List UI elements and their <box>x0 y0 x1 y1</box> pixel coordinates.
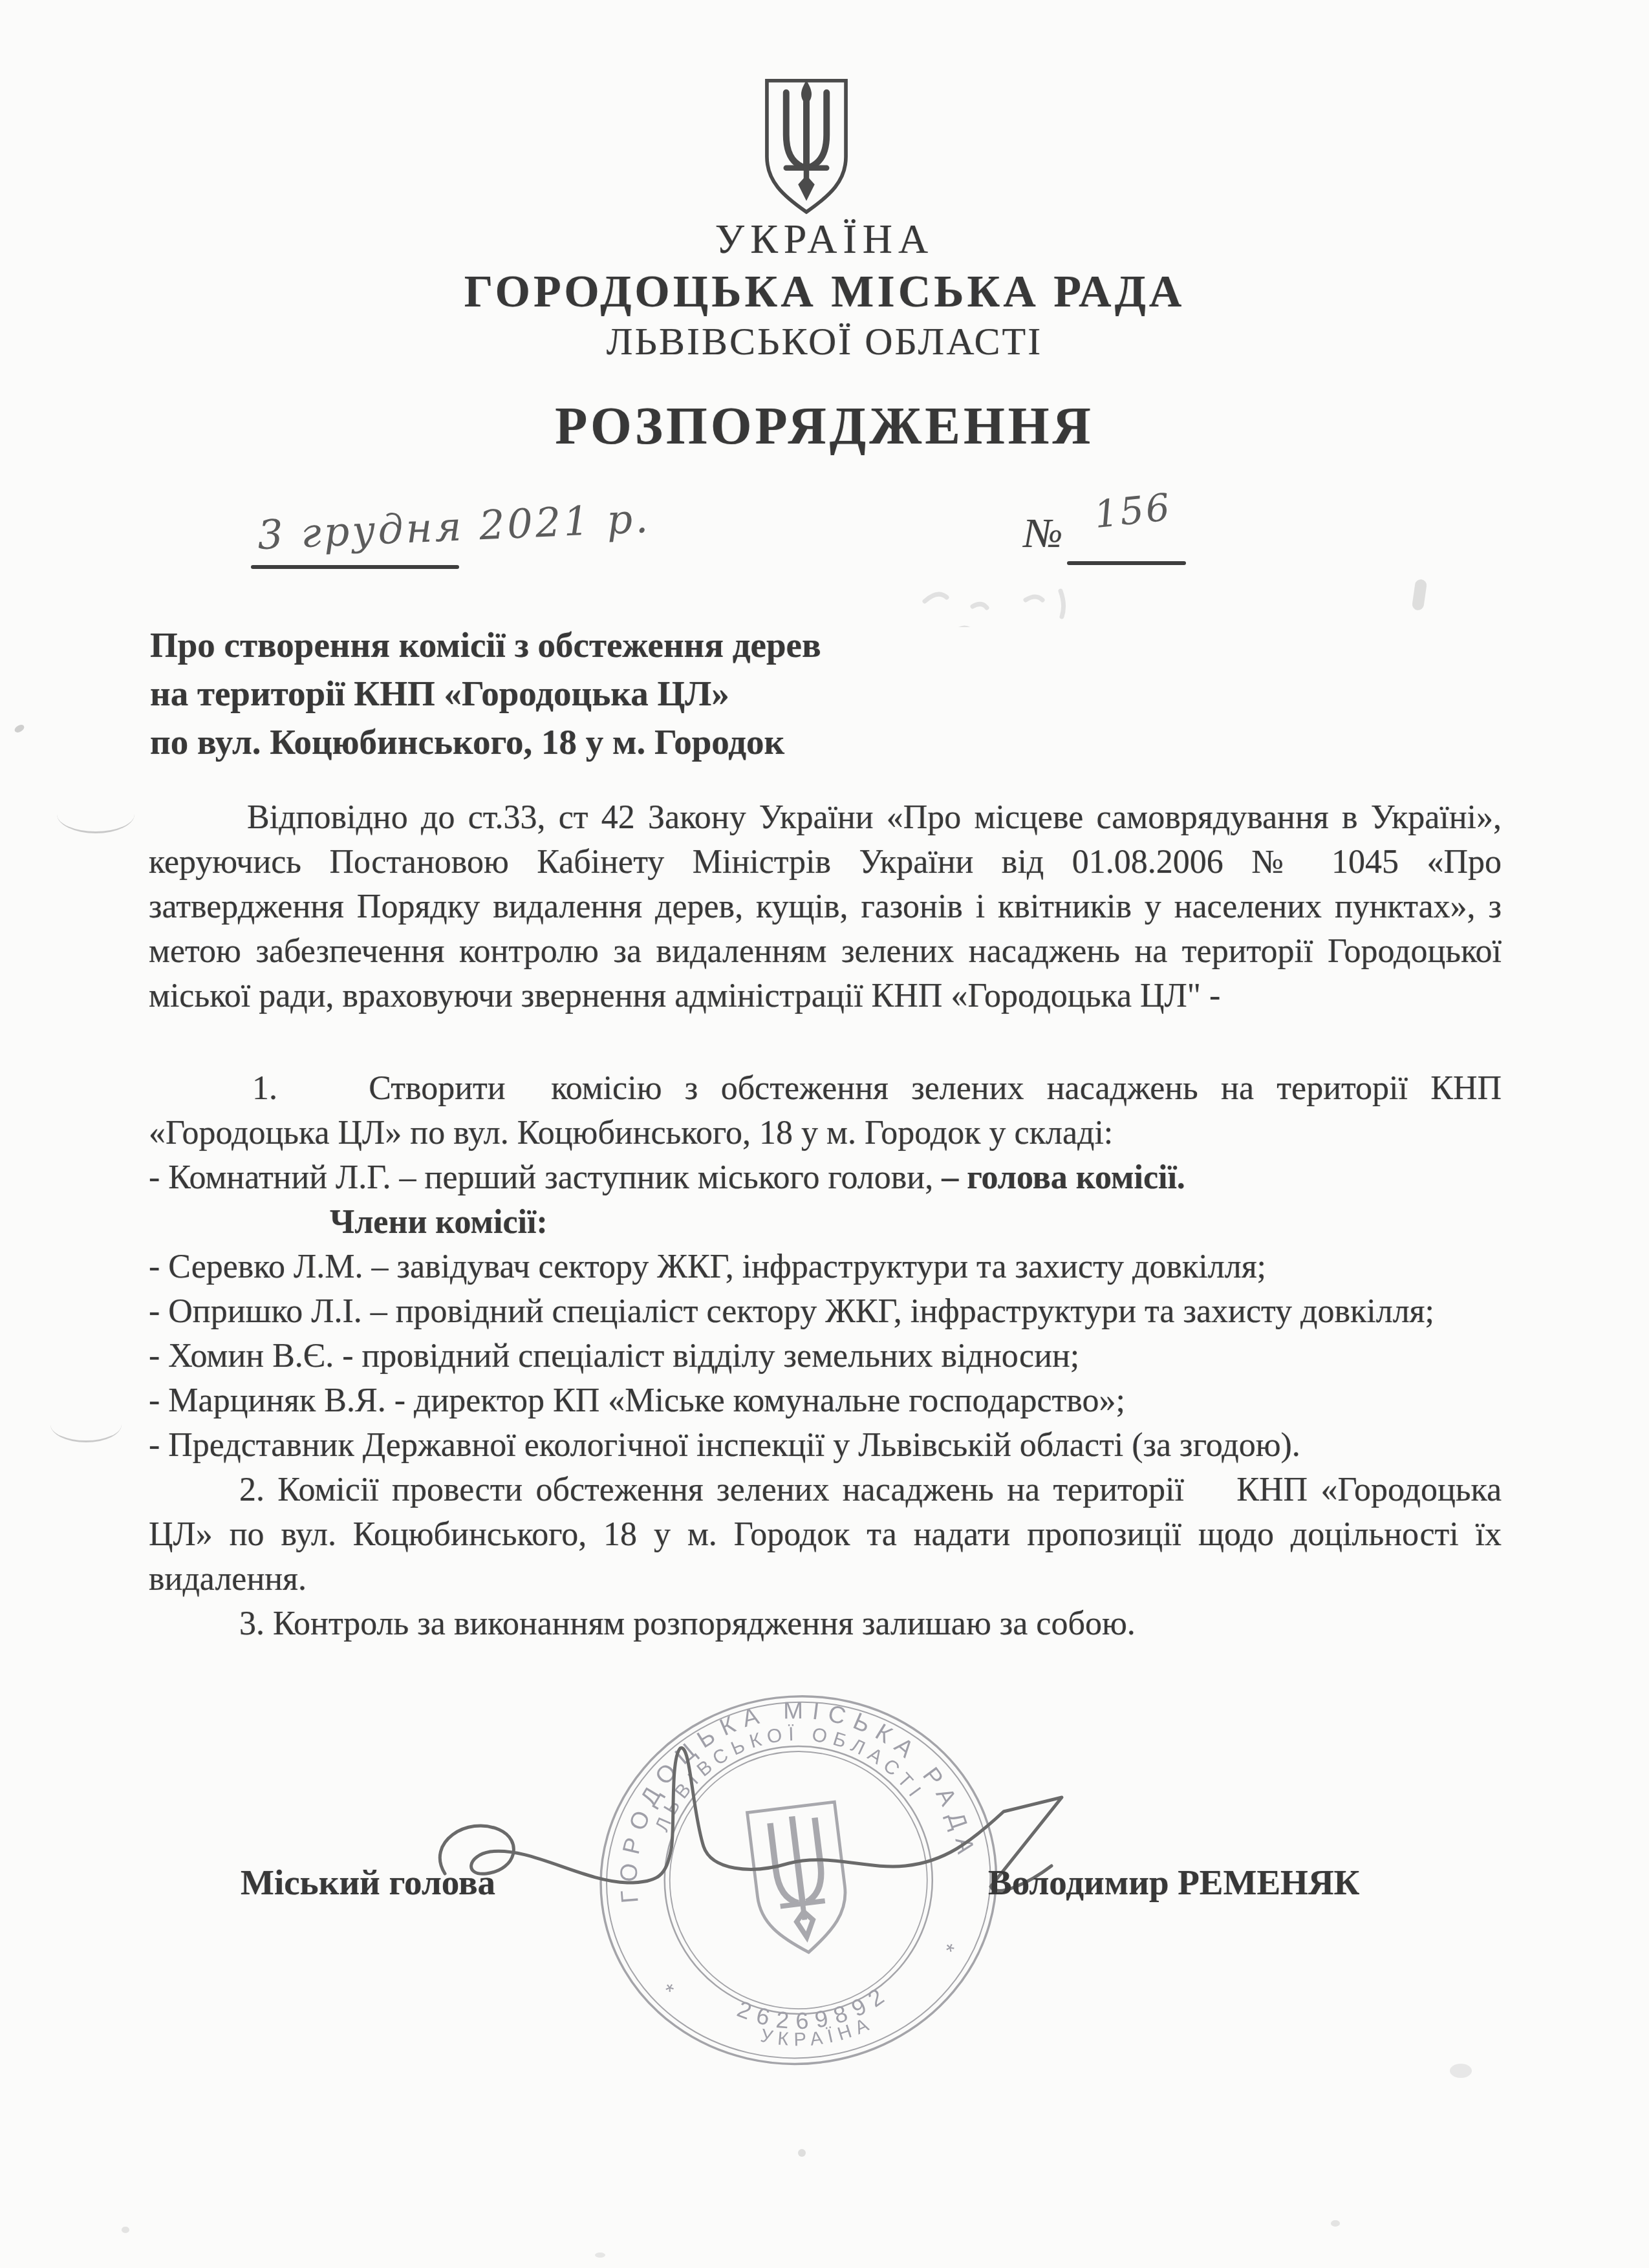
number-underline <box>1067 561 1186 565</box>
scan-artifact <box>918 575 1177 627</box>
scan-artifact <box>798 2149 806 2157</box>
handwritten-number: 156 <box>1092 485 1174 537</box>
order-item-3: 3. Контроль за виконанням розпорядження … <box>149 1601 1502 1646</box>
seal-star-left: * <box>657 1978 678 2004</box>
document-body: Відповідно до ст.33, ст 42 Закону Україн… <box>149 795 1502 1646</box>
intro-paragraph: Відповідно до ст.33, ст 42 Закону Україн… <box>149 795 1502 1018</box>
signer-position: Міський голова <box>241 1862 495 1903</box>
country-title: УКРАЇНА <box>0 215 1649 263</box>
council-title: ГОРОДОЦЬКА МІСЬКА РАДА <box>0 266 1649 318</box>
number-sign-label: № <box>1024 509 1062 557</box>
member-line: - Марциняк В.Я. - директор КП «Міське ко… <box>149 1378 1502 1423</box>
handwritten-date: 3 грудня 2021 р. <box>257 495 652 559</box>
member-line: - Опришко Л.І. – провідний спеціаліст се… <box>149 1289 1502 1334</box>
signature-scribble <box>414 1720 1125 1965</box>
document-type-title: РОЗПОРЯДЖЕННЯ <box>0 396 1649 456</box>
member-line: - Серевко Л.М. – завідувач сектору ЖКГ, … <box>149 1245 1502 1289</box>
scan-artifact <box>595 2252 605 2258</box>
region-subtitle: ЛЬВІВСЬКОЇ ОБЛАСТІ <box>0 319 1649 364</box>
commission-head-line: - Комнатний Л.Г. – перший заступник місь… <box>149 1155 1502 1200</box>
date-underline <box>251 565 459 569</box>
scan-artifact <box>1331 2220 1340 2227</box>
subject-line-1: Про створення комісії з обстеження дерев <box>150 621 991 669</box>
commission-head-text: - Комнатний Л.Г. – перший заступник місь… <box>149 1159 942 1196</box>
scan-artifact <box>1450 2064 1472 2078</box>
scan-artifact <box>1412 579 1428 611</box>
scan-artifact <box>122 2227 129 2233</box>
commission-head-role: – голова комісії. <box>942 1159 1185 1196</box>
order-item-1: 1. Створити комісію з обстеження зелених… <box>149 1066 1502 1155</box>
signer-name: Володимир РЕМЕНЯК <box>988 1862 1360 1903</box>
order-item-2: 2. Комісії провести обстеження зелених н… <box>149 1468 1502 1601</box>
member-line: - Хомин В.Є. - провідний спеціаліст відд… <box>149 1334 1502 1378</box>
scan-artifact <box>14 723 26 734</box>
subject-line-3: по вул. Коцюбинського, 18 у м. Городок <box>150 718 991 766</box>
member-line: - Представник Державної екологічної інсп… <box>149 1423 1502 1468</box>
subject-block: Про створення комісії з обстеження дерев… <box>150 621 991 766</box>
subject-line-2: на території КНП «Городоцька ЦЛ» <box>150 669 991 718</box>
scan-artifact <box>57 795 135 833</box>
members-heading: Члени комісії: <box>330 1200 1502 1245</box>
scan-artifact <box>50 1407 122 1442</box>
ukraine-trident-emblem-icon <box>760 76 852 217</box>
scanned-document-page: УКРАЇНА ГОРОДОЦЬКА МІСЬКА РАДА ЛЬВІВСЬКО… <box>0 0 1649 2268</box>
